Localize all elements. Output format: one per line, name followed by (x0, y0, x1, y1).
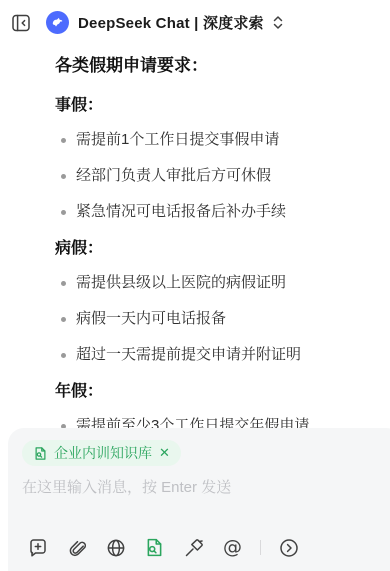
deepseek-logo (46, 11, 69, 34)
chip-close-icon[interactable]: ✕ (159, 445, 170, 461)
toolbar-divider (260, 540, 261, 555)
chat-message: 各类假期申请要求： 事假： 需提前1个工作日提交事假申请 经部门负责人审批后方可… (0, 55, 390, 436)
message-input[interactable] (22, 479, 342, 496)
doc-search-icon (144, 537, 165, 558)
sidebar-toggle-button[interactable] (10, 12, 32, 34)
list-item: 经部门负责人审批后方可休假 (55, 166, 370, 186)
attachment-button[interactable] (65, 536, 88, 559)
chevron-right-circle-icon (278, 537, 300, 559)
web-search-button[interactable] (104, 536, 127, 559)
mention-button[interactable]: @ (221, 536, 244, 559)
chip-label: 企业内训知识库 (54, 445, 152, 461)
bullet-dot (61, 353, 66, 358)
bullet-dot (61, 317, 66, 322)
tools-button[interactable] (182, 536, 205, 559)
composer-panel: 企业内训知识库 ✕ (8, 428, 390, 571)
list-item: 病假一天内可电话报备 (55, 309, 370, 329)
chat-title: DeepSeek Chat | 深度求索 (78, 12, 264, 33)
plus-bubble-icon (27, 537, 49, 559)
hammer-icon (183, 537, 205, 559)
section-heading: 事假： (55, 95, 370, 116)
bullet-list: 需提供县级以上医院的病假证明 病假一天内可电话报备 超过一天需提前提交申请并附证… (55, 273, 370, 365)
paperclip-icon (66, 537, 88, 559)
section-heading: 年假： (55, 381, 370, 402)
bullet-dot (61, 174, 66, 179)
chevron-up-down-icon (271, 14, 285, 31)
list-item: 紧急情况可电话报备后补办手续 (55, 202, 370, 222)
list-item: 超过一天需提前提交申请并附证明 (55, 345, 370, 365)
bullet-dot (61, 210, 66, 215)
expand-button[interactable] (277, 536, 300, 559)
whale-icon (50, 15, 65, 30)
knowledge-base-chip: 企业内训知识库 ✕ (22, 440, 181, 466)
new-chat-button[interactable] (26, 536, 49, 559)
header: DeepSeek Chat | 深度求索 (0, 0, 390, 36)
knowledge-base-button[interactable] (143, 536, 166, 559)
composer-toolbar: @ (22, 536, 388, 561)
list-item: 需提供县级以上医院的病假证明 (55, 273, 370, 293)
globe-icon (105, 537, 127, 559)
model-selector-button[interactable] (271, 14, 285, 31)
section-heading: 病假： (55, 238, 370, 259)
deepseek-chat-window: DeepSeek Chat | 深度求索 各类假期申请要求： 事假： 需提前1个… (0, 0, 390, 571)
bullet-dot (61, 281, 66, 286)
file-search-icon (33, 446, 48, 461)
bullet-dot (61, 138, 66, 143)
bullet-list: 需提前1个工作日提交事假申请 经部门负责人审批后方可休假 紧急情况可电话报备后补… (55, 130, 370, 222)
section-personal-leave: 事假： 需提前1个工作日提交事假申请 经部门负责人审批后方可休假 紧急情况可电话… (55, 95, 370, 222)
sidebar-collapse-icon (10, 12, 32, 34)
list-item: 需提前1个工作日提交事假申请 (55, 130, 370, 150)
message-title: 各类假期申请要求： (55, 55, 370, 77)
at-icon: @ (223, 538, 242, 557)
section-sick-leave: 病假： 需提供县级以上医院的病假证明 病假一天内可电话报备 超过一天需提前提交申… (55, 238, 370, 365)
